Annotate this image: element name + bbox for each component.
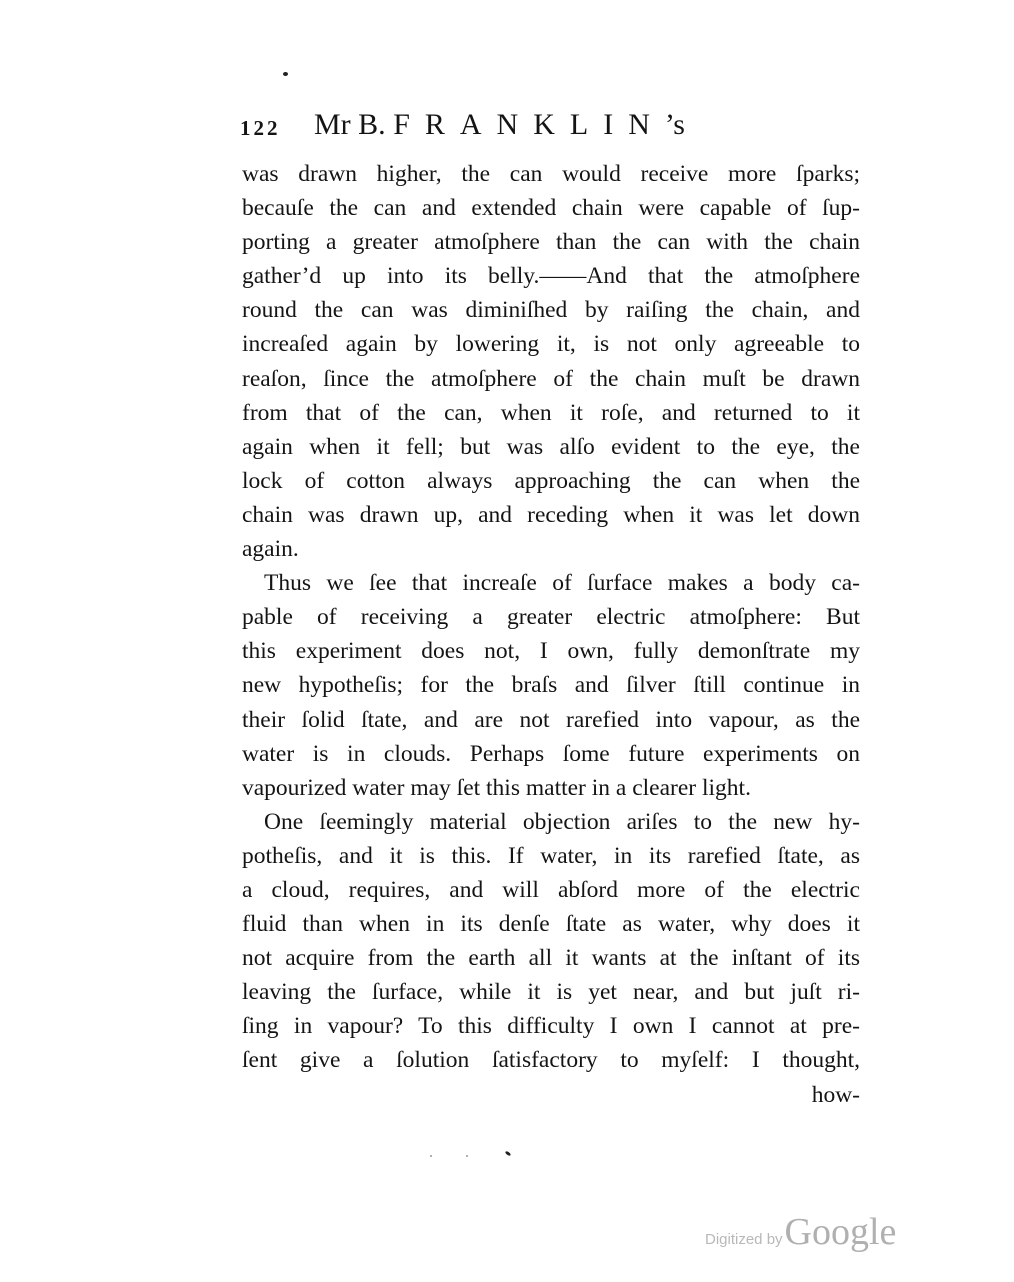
running-head-title: Mr B. FRANKLIN’s — [314, 108, 685, 142]
watermark-prefix: Digitized by — [705, 1231, 783, 1248]
running-head-prefix: Mr B. — [314, 108, 393, 141]
text-line: porting a greater atmoſphere than the ca… — [242, 225, 860, 259]
text-line: not acquire from the earth all it wants … — [242, 941, 860, 975]
digitized-by-google-watermark: Digitized byGoogle — [705, 1210, 896, 1254]
text-line: vapourized water may ſet this matter in … — [242, 771, 860, 805]
ink-speck — [466, 1155, 468, 1157]
text-line: ſing in vapour? To this difficulty I own… — [242, 1009, 860, 1043]
text-line: chain was drawn up, and receding when it… — [242, 498, 860, 532]
running-head-name: FRANKLIN — [393, 108, 665, 141]
text-line: was drawn higher, the can would receive … — [242, 157, 860, 191]
text-line: a cloud, requires, and will abſord more … — [242, 873, 860, 907]
text-line: water is in clouds. Perhaps ſome future … — [242, 737, 860, 771]
text-line: leaving the ſurface, while it is yet nea… — [242, 975, 860, 1009]
text-line: becauſe the can and extended chain were … — [242, 191, 860, 225]
paragraph-start-line: One ſeemingly material objection ariſes … — [242, 805, 860, 839]
google-logo: Google — [785, 1211, 897, 1253]
ink-speck — [430, 1155, 432, 1157]
text-line: round the can was diminiſhed by raiſing … — [242, 293, 860, 327]
text-line: increaſed again by lowering it, is not o… — [242, 327, 860, 361]
text-line: potheſis, and it is this. If water, in i… — [242, 839, 860, 873]
body-text: was drawn higher, the can would receive … — [242, 157, 860, 1112]
text-line: pable of receiving a greater electric at… — [242, 600, 860, 634]
catchword: how- — [242, 1078, 860, 1112]
text-line: their ſolid ſtate, and are not rarefied … — [242, 703, 860, 737]
text-line: again when it fell; but was alſo evident… — [242, 430, 860, 464]
book-page: 122 Mr B. FRANKLIN’s was drawn higher, t… — [0, 0, 1014, 1282]
text-line: again. — [242, 532, 860, 566]
ink-speck — [505, 1151, 512, 1157]
text-line: reaſon, ſince the atmoſphere of the chai… — [242, 362, 860, 396]
text-line: new hypotheſis; for the braſs and ſilver… — [242, 668, 860, 702]
text-line: ſent give a ſolution ſatisfactory to myſ… — [242, 1043, 860, 1077]
text-line: lock of cotton always approaching the ca… — [242, 464, 860, 498]
page-number: 122 — [240, 116, 281, 141]
running-head-suffix: ’s — [665, 108, 685, 141]
text-line: gather’d up into its belly.——And that th… — [242, 259, 860, 293]
text-line: fluid than when in its denſe ſtate as wa… — [242, 907, 860, 941]
running-head: 122 Mr B. FRANKLIN’s — [240, 108, 860, 148]
ink-speck — [283, 72, 288, 76]
paragraph-start-line: Thus we ſee that increaſe of ſurface mak… — [242, 566, 860, 600]
text-line: from that of the can, when it roſe, and … — [242, 396, 860, 430]
text-line: this experiment does not, I own, fully d… — [242, 634, 860, 668]
